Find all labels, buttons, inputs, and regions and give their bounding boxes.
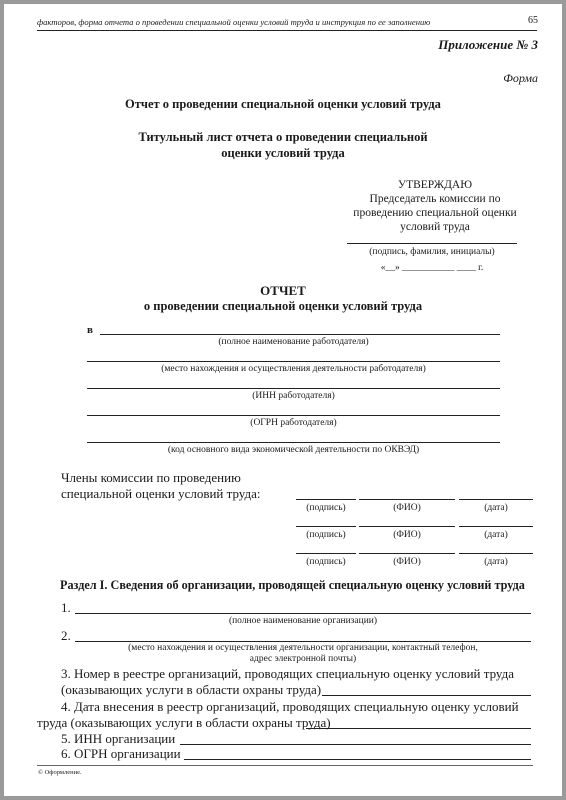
employer-inn-caption: (ИНН работодателя) xyxy=(87,391,500,401)
employer-ogrn-caption: (ОГРН работодателя) xyxy=(87,418,500,428)
commission-label-line2: специальной оценки условий труда: xyxy=(61,486,261,502)
member1-name-field[interactable] xyxy=(359,499,455,500)
item1-number: 1. xyxy=(61,600,71,616)
member2-name-field[interactable] xyxy=(359,526,455,527)
page-number: 65 xyxy=(528,15,538,26)
member1-date-field[interactable] xyxy=(459,499,533,500)
member1-name-caption: (ФИО) xyxy=(359,503,455,513)
subtitle-line1: Титульный лист отчета о проведении специ… xyxy=(4,130,562,145)
approval-date-field[interactable]: «__» ___________ ____ г. xyxy=(347,263,517,273)
member3-date-field[interactable] xyxy=(459,553,533,554)
org-address-caption-line2: адрес электронной почты) xyxy=(75,654,531,664)
employer-okved-field[interactable] xyxy=(87,442,500,443)
chair-signature-field[interactable] xyxy=(347,243,517,244)
item4-line1: 4. Дата внесения в реестр организаций, п… xyxy=(61,699,519,715)
employer-address-field[interactable] xyxy=(87,361,500,362)
registry-date-field[interactable] xyxy=(306,728,531,729)
org-ogrn-field[interactable] xyxy=(184,759,531,760)
member2-date-caption: (дата) xyxy=(459,530,533,540)
item5-label: 5. ИНН организации xyxy=(61,731,175,747)
member3-date-caption: (дата) xyxy=(459,557,533,567)
subtitle-line2: оценки условий труда xyxy=(4,146,562,161)
member1-date-caption: (дата) xyxy=(459,503,533,513)
report-subheading: о проведении специальной оценки условий … xyxy=(4,299,562,314)
member1-signature-field[interactable] xyxy=(296,499,356,500)
item6-label: 6. ОГРН организации xyxy=(61,746,181,762)
report-heading: ОТЧЕТ xyxy=(4,283,562,299)
employer-name-field[interactable] xyxy=(100,334,500,335)
footer-copyright: © Оформление. xyxy=(38,769,82,776)
org-name-field[interactable] xyxy=(75,613,531,614)
form-label: Форма xyxy=(503,71,538,86)
running-title: факторов, форма отчета о проведении спец… xyxy=(37,17,430,27)
item4-line2: труда (оказывающих услуги в области охра… xyxy=(37,715,331,731)
appendix-label: Приложение № 3 xyxy=(438,37,538,53)
member2-name-caption: (ФИО) xyxy=(359,530,455,540)
approve-heading: УТВЕРЖДАЮ xyxy=(345,178,525,192)
employer-ogrn-field[interactable] xyxy=(87,415,500,416)
footer-rule xyxy=(37,765,533,766)
approval-block: УТВЕРЖДАЮ Председатель комиссии по прове… xyxy=(345,178,525,234)
main-title: Отчет о проведении специальной оценки ус… xyxy=(4,97,562,112)
document-page: факторов, форма отчета о проведении спец… xyxy=(4,4,562,796)
member2-signature-caption: (подпись) xyxy=(296,530,356,540)
member1-signature-caption: (подпись) xyxy=(296,503,356,513)
employer-address-caption: (место нахождения и осуществления деятел… xyxy=(87,364,500,374)
item2-number: 2. xyxy=(61,628,71,644)
section1-heading: Раздел I. Сведения об организации, прово… xyxy=(60,578,525,593)
commission-label-line1: Члены комиссии по проведению xyxy=(61,470,241,486)
org-address-field[interactable] xyxy=(75,641,531,642)
member3-signature-field[interactable] xyxy=(296,553,356,554)
prefix-in: в xyxy=(87,324,93,336)
member3-name-field[interactable] xyxy=(359,553,455,554)
chair-signature-caption: (подпись, фамилия, инициалы) xyxy=(347,247,517,257)
employer-name-caption: (полное наименование работодателя) xyxy=(87,337,500,347)
approval-line2: проведению специальной оценки xyxy=(345,206,525,220)
approval-line3: условий труда xyxy=(345,220,525,234)
member3-name-caption: (ФИО) xyxy=(359,557,455,567)
registry-number-field[interactable] xyxy=(322,695,531,696)
item3-line2: (оказывающих услуги в области охраны тру… xyxy=(61,682,321,698)
member3-signature-caption: (подпись) xyxy=(296,557,356,567)
org-address-caption-line1: (место нахождения и осуществления деятел… xyxy=(75,643,531,653)
org-inn-field[interactable] xyxy=(180,744,531,745)
member2-date-field[interactable] xyxy=(459,526,533,527)
member2-signature-field[interactable] xyxy=(296,526,356,527)
employer-okved-caption: (код основного вида экономической деятел… xyxy=(87,445,500,455)
item3-line1: 3. Номер в реестре организаций, проводящ… xyxy=(61,666,514,682)
approval-line1: Председатель комиссии по xyxy=(345,192,525,206)
org-name-caption: (полное наименование организации) xyxy=(75,616,531,626)
employer-inn-field[interactable] xyxy=(87,388,500,389)
